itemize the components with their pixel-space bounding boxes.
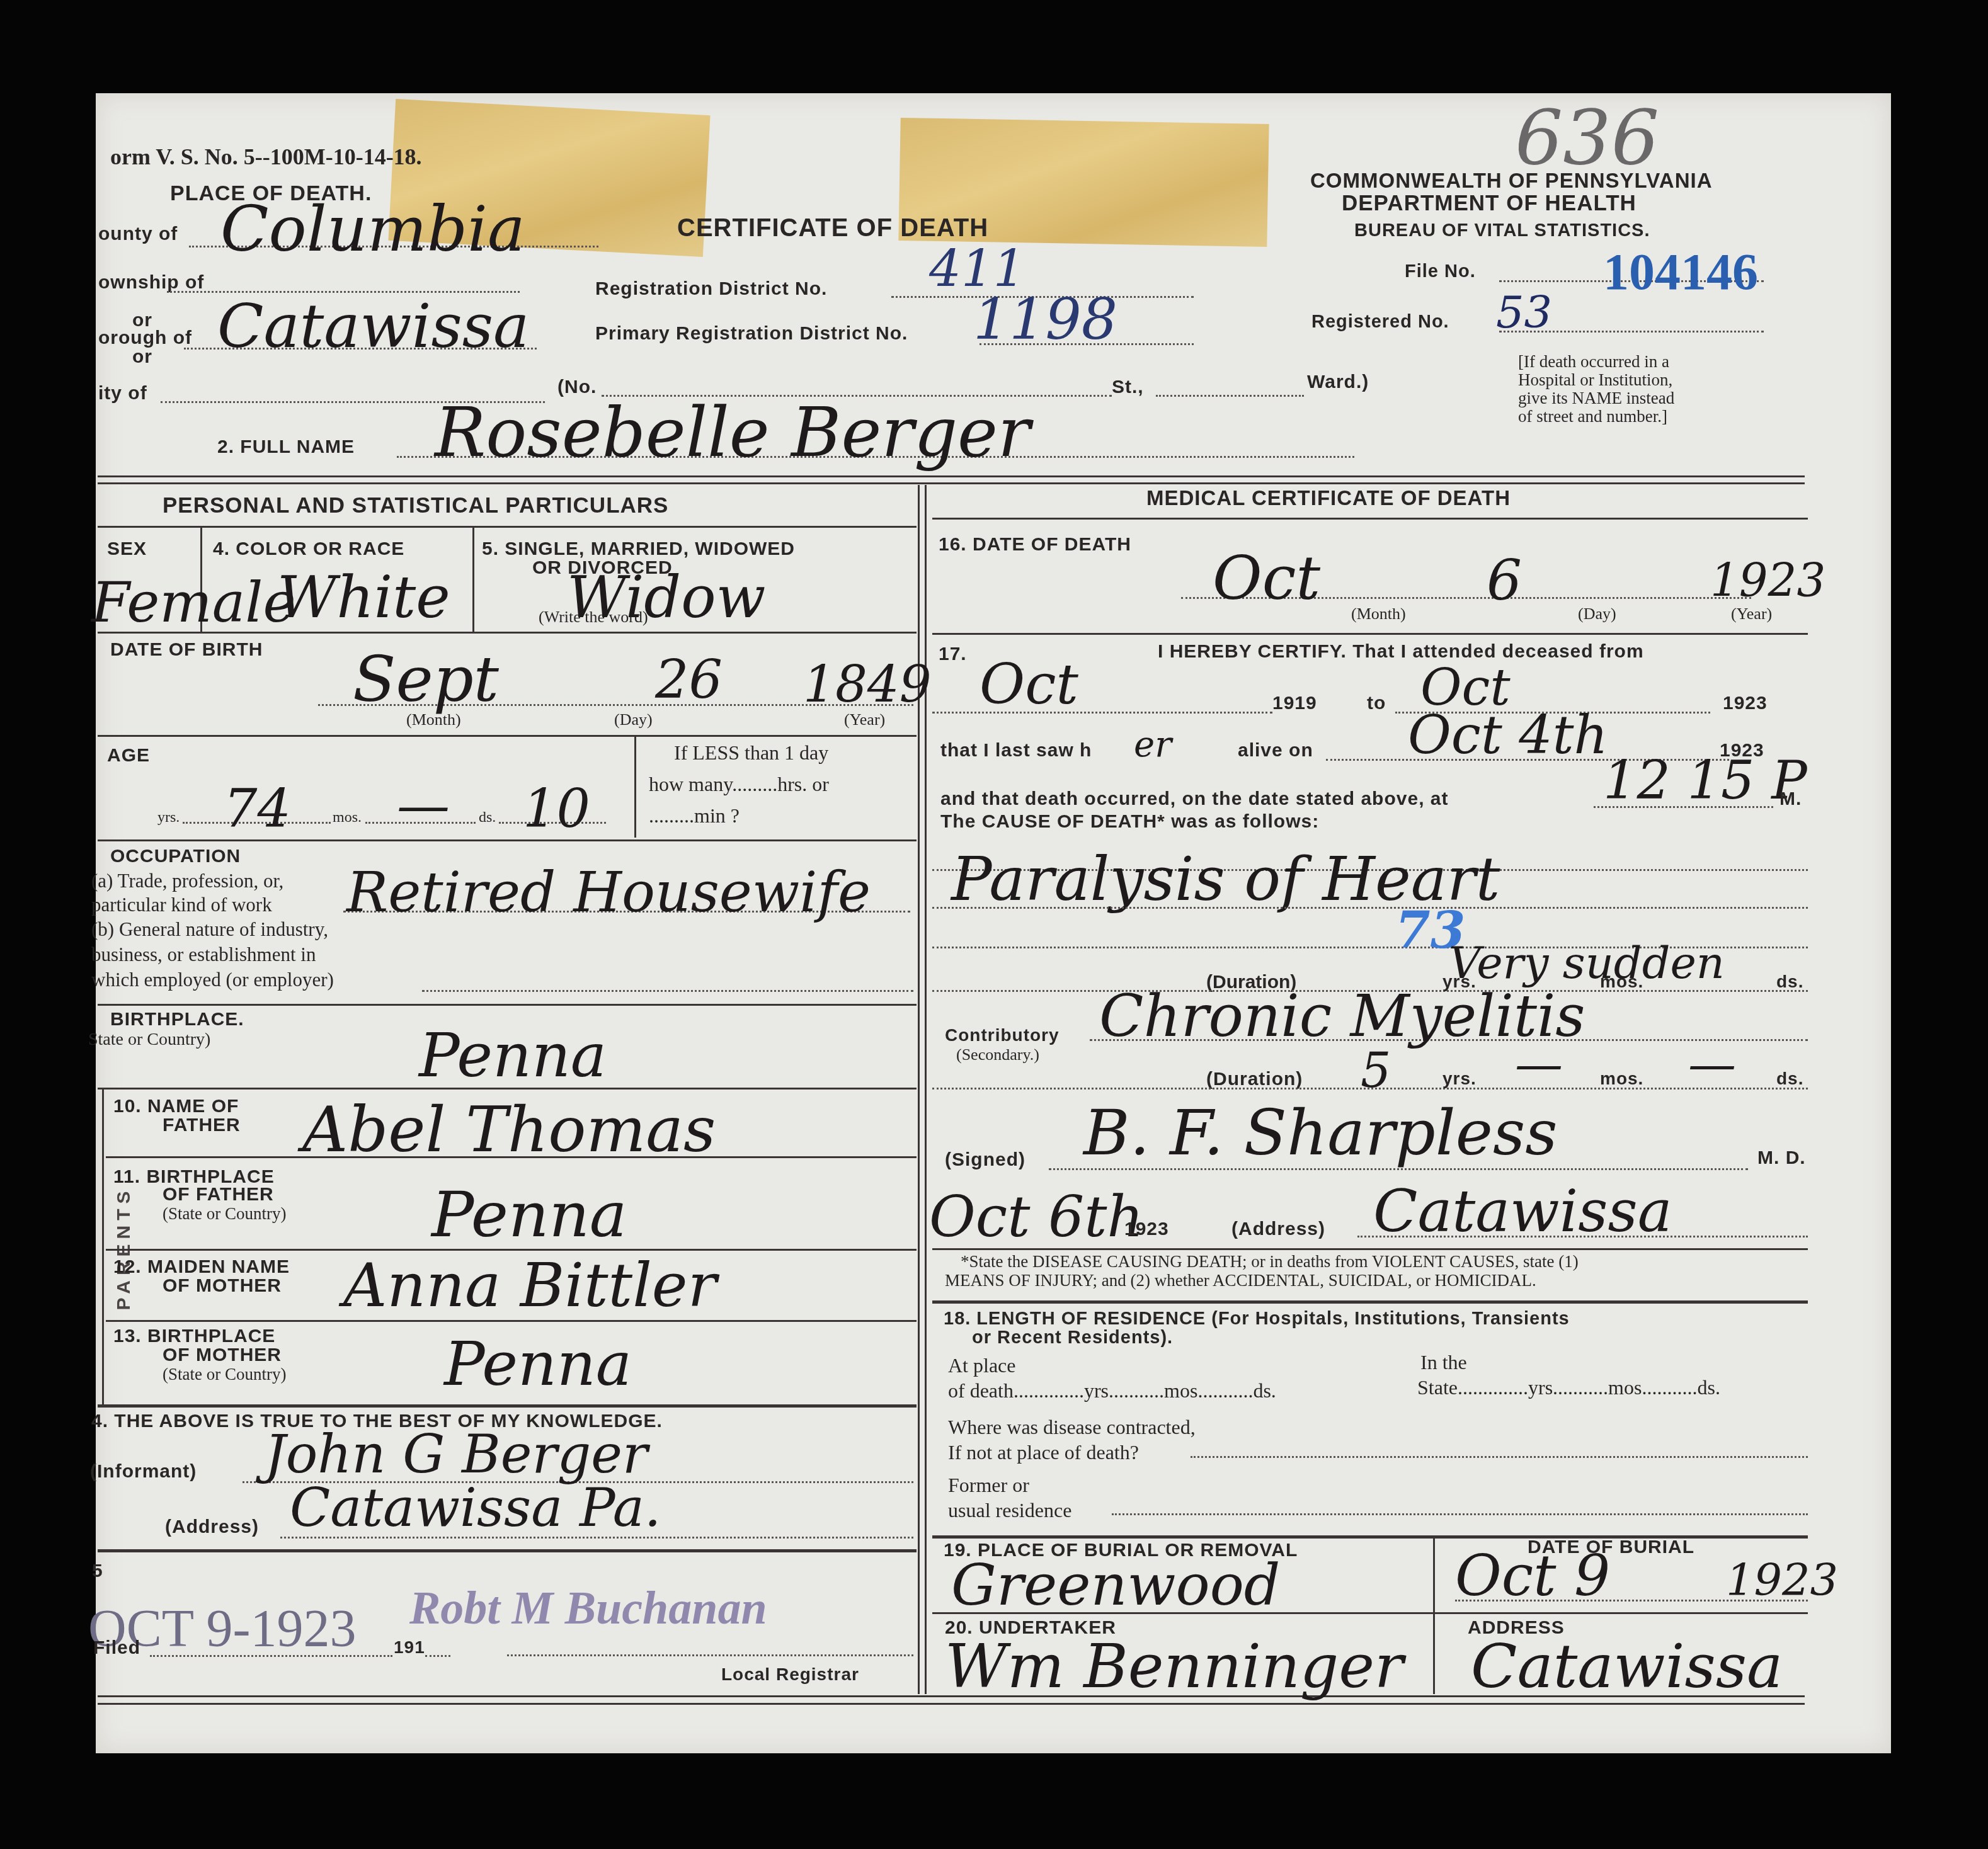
birthplace-label: BIRTHPLACE. (110, 1009, 244, 1030)
top-double-rule (98, 475, 1805, 477)
undertaker-address-value: Catawissa (1471, 1631, 1783, 1702)
contrib-duration-yrs: 5 (1361, 1042, 1391, 1098)
father-value: Abel Thomas (302, 1093, 716, 1166)
date-of-death-label: 16. DATE OF DEATH (939, 534, 1131, 555)
dob-month: Sept (353, 642, 499, 716)
contracted-label: Where was disease contracted, (948, 1416, 1196, 1439)
rule (106, 1156, 917, 1158)
dob-month-caption: (Month) (406, 710, 461, 729)
age-ds-label: ds. (479, 809, 496, 826)
informant-address-value: Catawissa Pa. (290, 1477, 661, 1539)
age-label: AGE (107, 745, 150, 766)
filed-line (150, 1655, 392, 1657)
rule (98, 1088, 917, 1089)
father-birthplace-value: Penna (431, 1178, 627, 1251)
occupation-value: Retired Housewife (346, 860, 871, 925)
marital-label: 5. SINGLE, MARRIED, WIDOWED (482, 538, 795, 560)
registered-no-value: 53 (1496, 287, 1552, 338)
death-time-value: 12 15 P (1603, 749, 1807, 811)
signed-value: B. F. Sharpless (1083, 1096, 1558, 1169)
marital-value: Widow (567, 564, 765, 631)
age-mos-value: — (397, 775, 450, 836)
vrule (1433, 1537, 1435, 1694)
vrule (472, 528, 474, 632)
less-than-day-note: If LESS than 1 day how many.........hrs.… (649, 737, 829, 831)
in-state-fields: State..............yrs...........mos....… (1417, 1376, 1720, 1399)
file-no-stamp: 104146 (1603, 242, 1758, 302)
occupation-a: (a) Trade, profession, or, particular ki… (91, 869, 283, 917)
last-saw-text: that I last saw h (940, 740, 1092, 761)
mother-birthplace-label-2: OF MOTHER (163, 1345, 282, 1366)
occupation-b-line: (b) General nature of industry, (91, 917, 334, 942)
dod-month-caption: (Month) (1351, 605, 1406, 623)
dod-day-caption: (Day) (1578, 605, 1616, 623)
contrib-duration-mos: — (1515, 1036, 1563, 1092)
informant-address-label: (Address) (165, 1516, 259, 1538)
rule (98, 632, 917, 634)
attended-from-line (932, 712, 1272, 714)
residence-label-2: or Recent Residents). (972, 1328, 1173, 1348)
dob-year-caption: (Year) (844, 710, 885, 729)
rule (932, 633, 1808, 635)
primary-district-value: 1198 (973, 287, 1117, 353)
age-ds-value: 10 (523, 778, 590, 839)
dod-year-caption: (Year) (1731, 605, 1772, 623)
registrar-signature-stamp: Robt M Buchanan (409, 1582, 767, 1636)
medical-address-label: (Address) (1231, 1219, 1325, 1240)
bottom-double-rule-2 (98, 1703, 1805, 1705)
burial-place-value: Greenwood (951, 1552, 1280, 1619)
contributory-value: Chronic Myelitis (1099, 982, 1585, 1050)
former-residence-label-2: usual residence (948, 1499, 1071, 1522)
cause-line-2 (932, 907, 1808, 909)
full-name-value: Rosebelle Berger (435, 394, 1031, 472)
mother-birthplace-label-3: (State or Country) (163, 1365, 286, 1384)
mother-maiden-label-2: OF MOTHER (163, 1275, 282, 1297)
age-mos-label: mos. (333, 809, 362, 826)
top-double-rule-2 (98, 482, 1805, 484)
rule (98, 839, 917, 841)
attended-from-value: Oct (980, 652, 1078, 717)
informant-value: John G Berger (265, 1423, 648, 1485)
medical-heading: MEDICAL CERTIFICATE OF DEATH (1146, 486, 1511, 510)
header-commonwealth: COMMONWEALTH OF PENNSYLVANIA (1310, 169, 1712, 193)
attended-from-year: 1919 (1272, 693, 1317, 714)
header-department: DEPARTMENT OF HEALTH (1342, 191, 1637, 216)
ward-line (1156, 395, 1304, 397)
signed-label: (Signed) (945, 1149, 1025, 1171)
duration-ds-label: ds. (1776, 972, 1803, 992)
contracted-label-2: If not at place of death? (948, 1441, 1139, 1464)
age-yrs-value: 74 (224, 778, 291, 839)
hospital-note: [If death occurred in a Hospital or Inst… (1518, 353, 1674, 426)
certificate-title: CERTIFICATE OF DEATH (677, 214, 988, 242)
parents-vertical-label: PARENTS (113, 1186, 135, 1310)
mother-maiden-label: 12. MAIDEN NAME (113, 1256, 290, 1278)
registrar-line (507, 1654, 913, 1656)
ward-label: Ward.) (1307, 372, 1369, 393)
rule (932, 1612, 1808, 1614)
informant-label: (Informant) (90, 1461, 197, 1482)
in-state-label: In the (1420, 1351, 1467, 1374)
footnote-line-1: *State the DISEASE CAUSING DEATH; or in … (961, 1252, 1579, 1272)
registration-district-label: Registration District No. (595, 278, 827, 300)
rule (98, 526, 917, 528)
to-label: to (1367, 693, 1386, 714)
at-place-fields: of death..............yrs...........mos.… (948, 1379, 1276, 1402)
contrib-duration-ds: — (1688, 1036, 1736, 1092)
date-of-death-year: 1923 (1710, 554, 1825, 607)
borough-label: orough of (98, 327, 192, 349)
rule (98, 1004, 917, 1006)
rule (932, 1248, 1808, 1250)
hospital-note-line: Hospital or Institution, (1518, 371, 1674, 389)
residence-label: 18. LENGTH OF RESIDENCE (For Hospitals, … (944, 1309, 1570, 1329)
dob-day: 26 (655, 649, 723, 710)
township-label: ownship of (98, 272, 204, 293)
occupation-a-line: particular kind of work (91, 893, 283, 917)
undertaker-value: Wm Benninger (945, 1631, 1403, 1702)
certify-text: I HEREBY CERTIFY. That I attended deceas… (1158, 641, 1644, 663)
primary-district-label: Primary Registration District No. (595, 323, 908, 344)
less-than-day-line: If LESS than 1 day (649, 737, 829, 768)
age-yrs-label: yrs. (157, 809, 180, 826)
vrule (634, 737, 636, 838)
or-2: or (132, 346, 152, 368)
form-id: orm V. S. No. 5--100M-10-14-18. (110, 144, 422, 170)
attended-to-year: 1923 (1723, 693, 1768, 714)
mother-birthplace-value: Penna (444, 1329, 632, 1399)
hospital-note-line: of street and number.] (1518, 407, 1674, 426)
last-saw-pronoun: er (1134, 724, 1172, 765)
cause-text: The CAUSE OF DEATH* was as follows: (940, 811, 1319, 833)
contrib-duration-label: (Duration) (1206, 1069, 1303, 1090)
header-bureau: BUREAU OF VITAL STATISTICS. (1354, 220, 1650, 241)
occupation-b-line: business, or establishment in (91, 942, 334, 967)
rule (98, 1404, 917, 1408)
cause-duration-value: Very sudden (1449, 937, 1725, 989)
former-residence-line (1112, 1513, 1808, 1515)
at-place-label: At place (948, 1354, 1016, 1377)
county-value: Columbia (220, 192, 525, 266)
rule (932, 1300, 1808, 1304)
death-time-text: and that death occurred, on the date sta… (940, 788, 1448, 810)
occupation-a-line: (a) Trade, profession, or, (91, 869, 283, 893)
registrar-label: Local Registrar (721, 1664, 859, 1685)
filed-year-line (425, 1655, 450, 1657)
occupation-b-line-dots (422, 990, 913, 992)
occupation-b-line: which employed (or employer) (91, 967, 334, 993)
medical-address-value: Catawissa (1373, 1178, 1672, 1245)
birthplace-sub: State or Country) (88, 1030, 210, 1050)
burial-date-value: Oct 9 (1455, 1543, 1610, 1609)
contrib-ds-label: ds. (1776, 1069, 1803, 1089)
county-label: ounty of (98, 224, 178, 245)
father-label: 10. NAME OF (113, 1096, 239, 1117)
burial-date-year: 1923 (1726, 1554, 1838, 1606)
last-saw-text-2: alive on (1238, 740, 1313, 761)
rule (106, 1320, 917, 1322)
full-name-label: 2. FULL NAME (217, 436, 355, 458)
father-birthplace-label-2: OF FATHER (163, 1184, 274, 1205)
hospital-note-line: give its NAME instead (1518, 389, 1674, 407)
former-residence-label: Former or (948, 1474, 1029, 1497)
less-than-day-line: how many.........hrs. or (649, 768, 829, 800)
filed-year-prefix: 191 (394, 1637, 425, 1658)
md-label: M. D. (1757, 1147, 1806, 1169)
item-17: 17. (939, 644, 967, 665)
occupation-b: (b) General nature of industry, business… (91, 917, 334, 993)
birthplace-value: Penna (419, 1020, 607, 1091)
filed-label: Filed (93, 1637, 140, 1659)
contrib-mos-label: mos. (1600, 1069, 1643, 1089)
sex-label: SEX (107, 538, 147, 560)
parents-vrule (102, 1089, 104, 1404)
sex-value: Female (91, 570, 295, 635)
contracted-line (1191, 1456, 1808, 1458)
date-of-death-day: 6 (1487, 548, 1522, 613)
contributory-label: Contributory (945, 1025, 1060, 1045)
street-label: St., (1112, 377, 1144, 398)
father-birthplace-label-3: (State or Country) (163, 1204, 286, 1224)
registered-no-label: Registered No. (1311, 312, 1449, 333)
race-label: 4. COLOR OR RACE (213, 538, 404, 560)
rule (98, 1549, 917, 1552)
mother-birthplace-label: 13. BIRTHPLACE (113, 1326, 275, 1347)
footnote-line-2: MEANS OF INJURY; and (2) whether ACCIDEN… (945, 1271, 1536, 1290)
dob-label: DATE OF BIRTH (110, 639, 263, 661)
dob-day-caption: (Day) (614, 710, 653, 729)
personal-heading: PERSONAL AND STATISTICAL PARTICULARS (163, 493, 668, 518)
father-label-2: FATHER (163, 1115, 241, 1136)
date-of-death-month: Oct (1213, 543, 1320, 613)
mother-maiden-value: Anna Bittler (343, 1250, 717, 1321)
borough-value: Catawissa (217, 291, 529, 361)
rule (932, 518, 1808, 520)
contrib-yrs-label: yrs. (1442, 1069, 1477, 1089)
dob-year: 1849 (803, 655, 932, 714)
filing-number: 5 (92, 1561, 103, 1582)
signed-year: 1923 (1124, 1219, 1169, 1240)
death-time-suffix: M. (1779, 788, 1802, 810)
hospital-note-line: [If death occurred in a (1518, 353, 1674, 371)
city-label: ity of (98, 383, 147, 404)
occupation-label: OCCUPATION (110, 846, 241, 867)
less-than-day-line: .........min ? (649, 800, 829, 831)
race-value: White (277, 564, 450, 631)
signed-date: Oct 6th (929, 1184, 1143, 1250)
last-saw-value: Oct 4th (1408, 704, 1608, 766)
file-no-label: File No. (1405, 261, 1476, 282)
secondary-label: (Secondary.) (956, 1045, 1039, 1064)
